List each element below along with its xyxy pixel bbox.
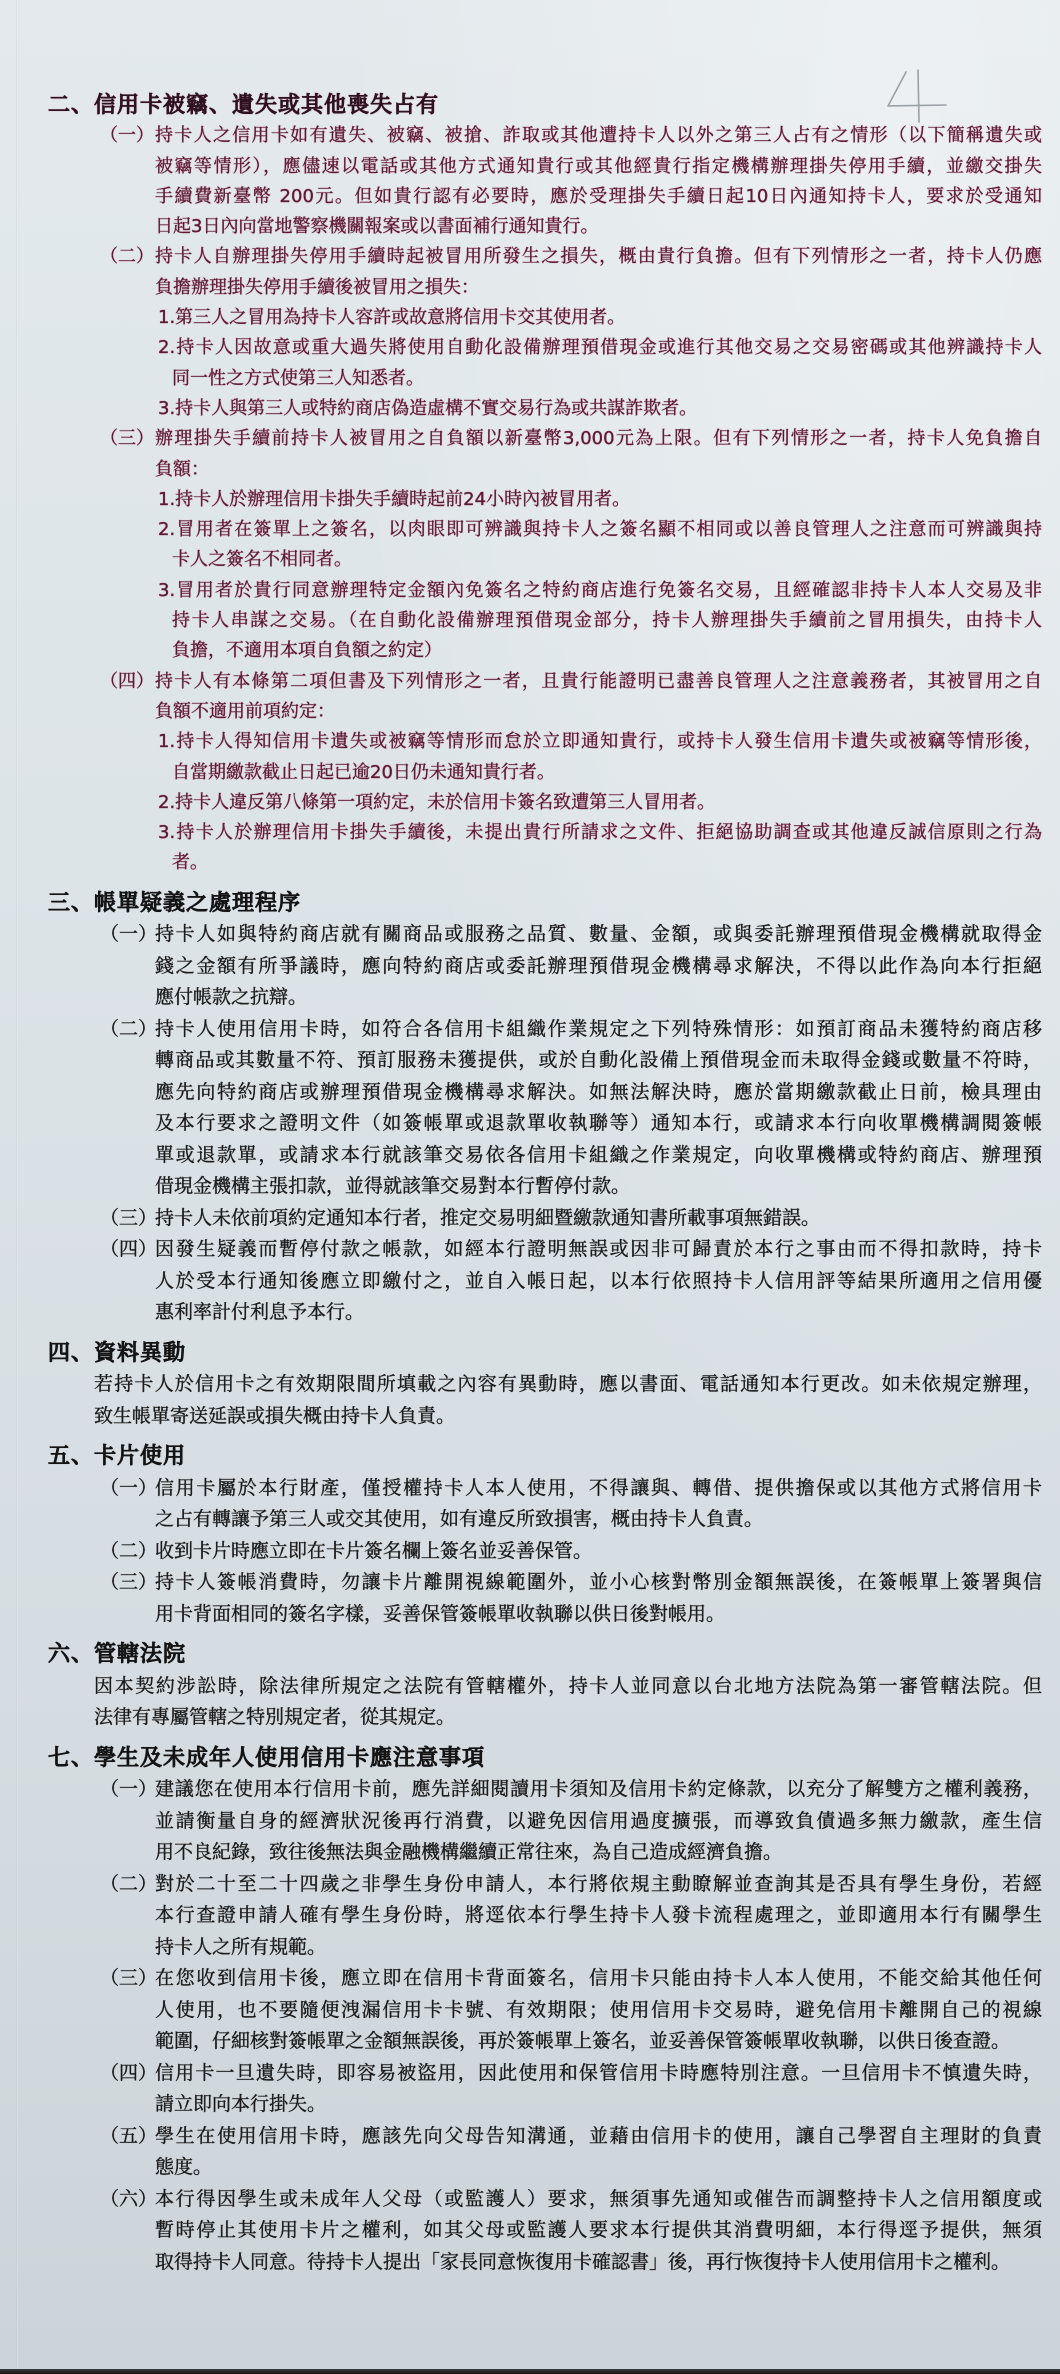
text-line: 手續費新臺幣 200元。但如貴行認有必要時，應於受理掛失手續日起10日內通知持卡… [155, 182, 1042, 212]
text-line: 日起3日內向當地警察機關報案或以書面補行通知貴行。 [155, 212, 1042, 242]
clause-text: 持卡人自辦理掛失停用手續時起被冒用所發生之損失，概由貴行負擔。但有下列情形之一者… [155, 242, 1042, 424]
clause-label: （四） [100, 1234, 155, 1266]
text-line: 應付帳款之抗辯。 [155, 982, 1042, 1014]
section-7-student-minor-notes: 七、學生及未成年人使用信用卡應注意事項 （一） 建議您在使用本行信用卡前，應先詳… [0, 1743, 1060, 2279]
clause-item: （四） 信用卡一旦遺失時，即容易被盜用，因此使用和保管信用卡時應特別注意。一旦信… [0, 2058, 1042, 2121]
section-heading: 二、信用卡被竊、遺失或其他喪失占有 [0, 91, 1060, 121]
text-line: 2.持卡人違反第八條第一項約定，未於信用卡簽名致遭第三人冒用者。 [155, 788, 1042, 818]
text-line: 持卡人未依前項約定通知本行者，推定交易明細暨繳款通知書所載事項無錯誤。 [155, 1203, 1042, 1235]
section-4-data-changes: 四、資料異動 若持卡人於信用卡之有效期限間所填載之內容有異動時，應以書面、電話通… [0, 1338, 1060, 1433]
clause-text: 持卡人簽帳消費時，勿讓卡片離開視線範圍外，並小心核對幣別金額無誤後，在簽帳單上簽… [155, 1567, 1042, 1630]
text-line: 取得持卡人同意。待持卡人提出「家長同意恢復用卡確認書」後，再行恢復持卡人使用信用… [155, 2247, 1042, 2279]
sub-clause: 2.持卡人因故意或重大過失將使用自動化設備辦理預借現金或進行其他交易之交易密碼或… [155, 333, 1042, 394]
sub-clause: 2.持卡人違反第八條第一項約定，未於信用卡簽名致遭第三人冒用者。 [155, 788, 1042, 818]
text-line: 同一性之方式使第三人知悉者。 [155, 364, 1042, 394]
text-line: 1.持卡人於辦理信用卡掛失手續時起前24小時內被冒用者。 [155, 485, 1042, 515]
sub-clause: 1.持卡人於辦理信用卡掛失手續時起前24小時內被冒用者。 [155, 485, 1042, 515]
text-line: 致生帳單寄送延誤或損失概由持卡人負責。 [94, 1401, 1042, 1433]
text-line: 1.第三人之冒用為持卡人容許或故意將信用卡交其使用者。 [155, 303, 1042, 333]
text-line: 被竊等情形），應儘速以電話或其他方式通知貴行或其他經貴行指定機構辦理掛失停用手續… [155, 152, 1042, 182]
text-line: 者。 [155, 848, 1042, 878]
clause-item: （三） 在您收到信用卡後，應立即在信用卡背面簽名，信用卡只能由持卡人本人使用，不… [0, 1963, 1042, 2058]
sub-clause: 1.持卡人得知信用卡遺失或被竊等情形而怠於立即通知貴行，或持卡人發生信用卡遺失或… [155, 727, 1042, 788]
text-line: 持卡人有本條第二項但書及下列情形之一者，且貴行能證明已盡善良管理人之注意義務者，… [155, 667, 1042, 697]
text-line: 對於二十至二十四歲之非學生身份申請人，本行將依規主動瞭解並查詢其是否具有學生身份… [155, 1869, 1042, 1901]
text-line: 收到卡片時應立即在卡片簽名欄上簽名並妥善保管。 [155, 1536, 1042, 1568]
text-line: 信用卡一旦遺失時，即容易被盜用，因此使用和保管信用卡時應特別注意。一旦信用卡不慎… [155, 2058, 1042, 2090]
clause-text: 信用卡一旦遺失時，即容易被盜用，因此使用和保管信用卡時應特別注意。一旦信用卡不慎… [155, 2058, 1042, 2121]
clause-text: 對於二十至二十四歲之非學生身份申請人，本行將依規主動瞭解並查詢其是否具有學生身份… [155, 1869, 1042, 1964]
section-heading: 四、資料異動 [0, 1338, 1060, 1370]
clause-text: 持卡人之信用卡如有遺失、被竊、被搶、詐取或其他遭持卡人以外之第三人占有之情形（以… [155, 121, 1042, 242]
clause-text: 本行得因學生或未成年人父母（或監護人）要求，無須事先通知或催告而調整持卡人之信用… [155, 2184, 1042, 2279]
text-line: 及本行要求之證明文件（如簽帳單或退款單收執聯等）通知本行，或請求本行向收單機構調… [155, 1108, 1042, 1140]
section-5-card-usage: 五、卡片使用 （一） 信用卡屬於本行財產，僅授權持卡人本人使用，不得讓與、轉借、… [0, 1441, 1060, 1630]
clause-item: （三） 持卡人簽帳消費時，勿讓卡片離開視線範圍外，並小心核對幣別金額無誤後，在簽… [0, 1567, 1042, 1630]
desk-surface-edge [0, 2369, 1060, 2374]
clause-label: （二） [100, 1536, 155, 1568]
clause-text: 持卡人有本條第二項但書及下列情形之一者，且貴行能證明已盡善良管理人之注意義務者，… [155, 667, 1042, 879]
text-line: 轉商品或其數量不符、預訂服務未獲提供，或於自動化設備上預借現金而未取得金錢或數量… [155, 1045, 1042, 1077]
text-line: 惠利率計付利息予本行。 [155, 1297, 1042, 1329]
clause-label: （二） [100, 1014, 155, 1046]
clause-item: （二） 持卡人使用信用卡時，如符合各信用卡組織作業規定之下列特殊情形：如預訂商品… [0, 1014, 1042, 1203]
text-line: 暫時停止其使用卡片之權利，如其父母或監護人要求本行提供其消費明細，本行得逕予提供… [155, 2215, 1042, 2247]
clause-item: （一） 建議您在使用本行信用卡前，應先詳細閱讀用卡須知及信用卡約定條款，以充分了… [0, 1774, 1042, 1869]
text-line: 借現金機構主張扣款，並得就該筆交易對本行暫停付款。 [155, 1171, 1042, 1203]
text-line: 態度。 [155, 2152, 1042, 2184]
text-line: 持卡人簽帳消費時，勿讓卡片離開視線範圍外，並小心核對幣別金額無誤後，在簽帳單上簽… [155, 1567, 1042, 1599]
text-line: 範圍，仔細核對簽帳單之金額無誤後，再於簽帳單上簽名，並妥善保管簽帳單收執聯，以供… [155, 2026, 1042, 2058]
clause-text: 在您收到信用卡後，應立即在信用卡背面簽名，信用卡只能由持卡人本人使用，不能交給其… [155, 1963, 1042, 2058]
text-line: 人使用，也不要隨便洩漏信用卡卡號、有效期限；使用信用卡交易時，避免信用卡離開自己… [155, 1995, 1042, 2027]
sub-clause: 3.持卡人於辦理信用卡掛失手續後，未提出貴行所請求之文件、拒絕協助調查或其他違反… [155, 818, 1042, 879]
text-line: 並請衡量自身的經濟狀況後再行消費，以避免因信用過度擴張，而導致負債過多無力繳款，… [155, 1806, 1042, 1838]
section-body: 因本契約涉訟時，除法律所規定之法院有管轄權外，持卡人並同意以台北地方法院為第一審… [0, 1671, 1042, 1734]
text-line: 持卡人之所有規範。 [155, 1932, 1042, 1964]
sub-clause: 3.冒用者於貴行同意辦理特定金額內免簽名之特約商店進行免簽名交易，且經確認非持卡… [155, 576, 1042, 667]
text-line: 辦理掛失手續前持卡人被冒用之自負額以新臺幣3,000元為上限。但有下列情形之一者… [155, 424, 1042, 454]
paper-sheet: 4 二、信用卡被竊、遺失或其他喪失占有 （一） 持卡人之信用卡如有遺失、被竊、被… [0, 0, 1060, 2370]
clause-item: （一） 信用卡屬於本行財產，僅授權持卡人本人使用，不得讓與、轉借、提供擔保或以其… [0, 1473, 1042, 1536]
text-line: 用卡背面相同的簽名字樣，妥善保管簽帳單收執聯以供日後對帳用。 [155, 1599, 1042, 1631]
text-line: 法律有專屬管轄之特別規定者，從其規定。 [94, 1702, 1042, 1734]
clause-label: （二） [100, 1869, 155, 1901]
clause-text: 持卡人未依前項約定通知本行者，推定交易明細暨繳款通知書所載事項無錯誤。 [155, 1203, 1042, 1235]
clause-label: （一） [100, 1473, 155, 1505]
text-line: 信用卡屬於本行財產，僅授權持卡人本人使用，不得讓與、轉借、提供擔保或以其他方式將… [155, 1473, 1042, 1505]
text-line: 人於受本行通知後應立即繳付之，並自入帳日起，以本行依照持卡人信用評等結果所適用之… [155, 1266, 1042, 1298]
text-line: 負擔辦理掛失停用手續後被冒用之損失： [155, 273, 1042, 303]
text-line: 本行查證申請人確有學生身份時，將逕依本行學生持卡人發卡流程處理之，並即適用本行有… [155, 1900, 1042, 1932]
clause-label: （一） [100, 1774, 155, 1806]
text-line: 因本契約涉訟時，除法律所規定之法院有管轄權外，持卡人並同意以台北地方法院為第一審… [94, 1671, 1042, 1703]
section-heading: 三、帳單疑義之處理程序 [0, 888, 1060, 920]
text-line: 用不良紀錄，致往後無法與金融機構繼續正常往來，為自己造成經濟負擔。 [155, 1837, 1042, 1869]
clause-item: （六） 本行得因學生或未成年人父母（或監護人）要求，無須事先通知或催告而調整持卡… [0, 2184, 1042, 2279]
clause-item: （一） 持卡人之信用卡如有遺失、被竊、被搶、詐取或其他遭持卡人以外之第三人占有之… [0, 121, 1042, 242]
clause-label: （一） [100, 121, 155, 151]
sub-clause: 3.持卡人與第三人或特約商店偽造虛構不實交易行為或共謀詐欺者。 [155, 394, 1042, 424]
clause-text: 辦理掛失手續前持卡人被冒用之自負額以新臺幣3,000元為上限。但有下列情形之一者… [155, 424, 1042, 666]
clause-label: （三） [100, 1963, 155, 1995]
clause-label: （四） [100, 2058, 155, 2090]
clause-label: （二） [100, 242, 155, 272]
text-line: 負擔，不適用本項自負額之約定） [155, 636, 1042, 666]
text-line: 若持卡人於信用卡之有效期限間所填載之內容有異動時，應以書面、電話通知本行更改。如… [94, 1369, 1042, 1401]
text-line: 單或退款單，或請求本行就該筆交易依各信用卡組織之作業規定，向收單機構或特約商店、… [155, 1140, 1042, 1172]
section-heading: 七、學生及未成年人使用信用卡應注意事項 [0, 1743, 1060, 1775]
text-line: 建議您在使用本行信用卡前，應先詳細閱讀用卡須知及信用卡約定條款，以充分了解雙方之… [155, 1774, 1042, 1806]
text-line: 卡人之簽名不相同者。 [155, 545, 1042, 575]
text-line: 持卡人使用信用卡時，如符合各信用卡組織作業規定之下列特殊情形：如預訂商品未獲特約… [155, 1014, 1042, 1046]
document-body: 二、信用卡被竊、遺失或其他喪失占有 （一） 持卡人之信用卡如有遺失、被竊、被搶、… [0, 91, 1060, 2278]
text-line: 持卡人串謀之交易。（在自動化設備辦理預借現金部分，持卡人辦理掛失手續前之冒用損失… [155, 606, 1042, 636]
text-line: 3.持卡人與第三人或特約商店偽造虛構不實交易行為或共謀詐欺者。 [155, 394, 1042, 424]
clause-text: 收到卡片時應立即在卡片簽名欄上簽名並妥善保管。 [155, 1536, 1042, 1568]
text-line: 持卡人之信用卡如有遺失、被竊、被搶、詐取或其他遭持卡人以外之第三人占有之情形（以… [155, 121, 1042, 151]
section-3-billing-disputes: 三、帳單疑義之處理程序 （一） 持卡人如與特約商店就有關商品或服務之品質、數量、… [0, 888, 1060, 1329]
clause-item: （五） 學生在使用信用卡時，應該先向父母告知溝通，並藉由信用卡的使用，讓自己學習… [0, 2121, 1042, 2184]
sub-clause: 1.第三人之冒用為持卡人容許或故意將信用卡交其使用者。 [155, 303, 1042, 333]
text-line: 因發生疑義而暫停付款之帳款，如經本行證明無誤或因非可歸責於本行之事由而不得扣款時… [155, 1234, 1042, 1266]
text-line: 3.冒用者於貴行同意辦理特定金額內免簽名之特約商店進行免簽名交易，且經確認非持卡… [155, 576, 1042, 606]
clause-item: （四） 因發生疑義而暫停付款之帳款，如經本行證明無誤或因非可歸責於本行之事由而不… [0, 1234, 1042, 1329]
text-line: 持卡人如與特約商店就有關商品或服務之品質、數量、金額，或與委託辦理預借現金機構就… [155, 919, 1042, 951]
clause-text: 持卡人如與特約商店就有關商品或服務之品質、數量、金額，或與委託辦理預借現金機構就… [155, 919, 1042, 1014]
clause-text: 信用卡屬於本行財產，僅授權持卡人本人使用，不得讓與、轉借、提供擔保或以其他方式將… [155, 1473, 1042, 1536]
section-6-jurisdiction: 六、管轄法院 因本契約涉訟時，除法律所規定之法院有管轄權外，持卡人並同意以台北地… [0, 1639, 1060, 1734]
clause-label: （一） [100, 919, 155, 951]
clause-text: 持卡人使用信用卡時，如符合各信用卡組織作業規定之下列特殊情形：如預訂商品未獲特約… [155, 1014, 1042, 1203]
text-line: 本行得因學生或未成年人父母（或監護人）要求，無須事先通知或催告而調整持卡人之信用… [155, 2184, 1042, 2216]
clause-item: （四） 持卡人有本條第二項但書及下列情形之一者，且貴行能證明已盡善良管理人之注意… [0, 667, 1042, 879]
clause-text: 學生在使用信用卡時，應該先向父母告知溝通，並藉由信用卡的使用，讓自己學習自主理財… [155, 2121, 1042, 2184]
section-heading: 六、管轄法院 [0, 1639, 1060, 1671]
text-line: 之占有轉讓予第三人或交其使用，如有違反所致損害，概由持卡人負責。 [155, 1504, 1042, 1536]
text-line: 請立即向本行掛失。 [155, 2089, 1042, 2121]
clause-item: （三） 辦理掛失手續前持卡人被冒用之自負額以新臺幣3,000元為上限。但有下列情… [0, 424, 1042, 666]
section-body: 若持卡人於信用卡之有效期限間所填載之內容有異動時，應以書面、電話通知本行更改。如… [0, 1369, 1042, 1432]
sub-clause: 2.冒用者在簽單上之簽名，以肉眼即可辨識與持卡人之簽名顯不相同或以善良管理人之注… [155, 515, 1042, 576]
text-line: 2.持卡人因故意或重大過失將使用自動化設備辦理預借現金或進行其他交易之交易密碼或… [155, 333, 1042, 363]
text-line: 錢之金額有所爭議時，應向特約商店或委託辦理預借現金機構尋求解決，不得以此作為向本… [155, 951, 1042, 983]
text-line: 在您收到信用卡後，應立即在信用卡背面簽名，信用卡只能由持卡人本人使用，不能交給其… [155, 1963, 1042, 1995]
text-line: 持卡人自辦理掛失停用手續時起被冒用所發生之損失，概由貴行負擔。但有下列情形之一者… [155, 242, 1042, 272]
clause-item: （三） 持卡人未依前項約定通知本行者，推定交易明細暨繳款通知書所載事項無錯誤。 [0, 1203, 1042, 1235]
clause-item: （二） 對於二十至二十四歲之非學生身份申請人，本行將依規主動瞭解並查詢其是否具有… [0, 1869, 1042, 1964]
text-line: 1.持卡人得知信用卡遺失或被竊等情形而怠於立即通知貴行，或持卡人發生信用卡遺失或… [155, 727, 1042, 757]
clause-item: （二） 收到卡片時應立即在卡片簽名欄上簽名並妥善保管。 [0, 1536, 1042, 1568]
clause-label: （三） [100, 424, 155, 454]
clause-item: （二） 持卡人自辦理掛失停用手續時起被冒用所發生之損失，概由貴行負擔。但有下列情… [0, 242, 1042, 424]
text-line: 應先向特約商店或辦理預借現金機構尋求解決。如無法解決時，應於當期繳款截止日前，檢… [155, 1077, 1042, 1109]
section-heading: 五、卡片使用 [0, 1441, 1060, 1473]
clause-label: （三） [100, 1203, 155, 1235]
clause-text: 因發生疑義而暫停付款之帳款，如經本行證明無誤或因非可歸責於本行之事由而不得扣款時… [155, 1234, 1042, 1329]
clause-label: （六） [100, 2184, 155, 2216]
text-line: 負額不適用前項約定： [155, 697, 1042, 727]
clause-label: （四） [100, 667, 155, 697]
text-line: 學生在使用信用卡時，應該先向父母告知溝通，並藉由信用卡的使用，讓自己學習自主理財… [155, 2121, 1042, 2153]
clause-text: 建議您在使用本行信用卡前，應先詳細閱讀用卡須知及信用卡約定條款，以充分了解雙方之… [155, 1774, 1042, 1869]
clause-item: （一） 持卡人如與特約商店就有關商品或服務之品質、數量、金額，或與委託辦理預借現… [0, 919, 1042, 1014]
section-2-lost-stolen-card: 二、信用卡被竊、遺失或其他喪失占有 （一） 持卡人之信用卡如有遺失、被竊、被搶、… [0, 91, 1060, 879]
text-line: 3.持卡人於辦理信用卡掛失手續後，未提出貴行所請求之文件、拒絕協助調查或其他違反… [155, 818, 1042, 848]
text-line: 2.冒用者在簽單上之簽名，以肉眼即可辨識與持卡人之簽名顯不相同或以善良管理人之注… [155, 515, 1042, 545]
text-line: 自當期繳款截止日起已逾20日仍未通知貴行者。 [155, 758, 1042, 788]
clause-label: （三） [100, 1567, 155, 1599]
text-line: 負額： [155, 455, 1042, 485]
clause-label: （五） [100, 2121, 155, 2153]
